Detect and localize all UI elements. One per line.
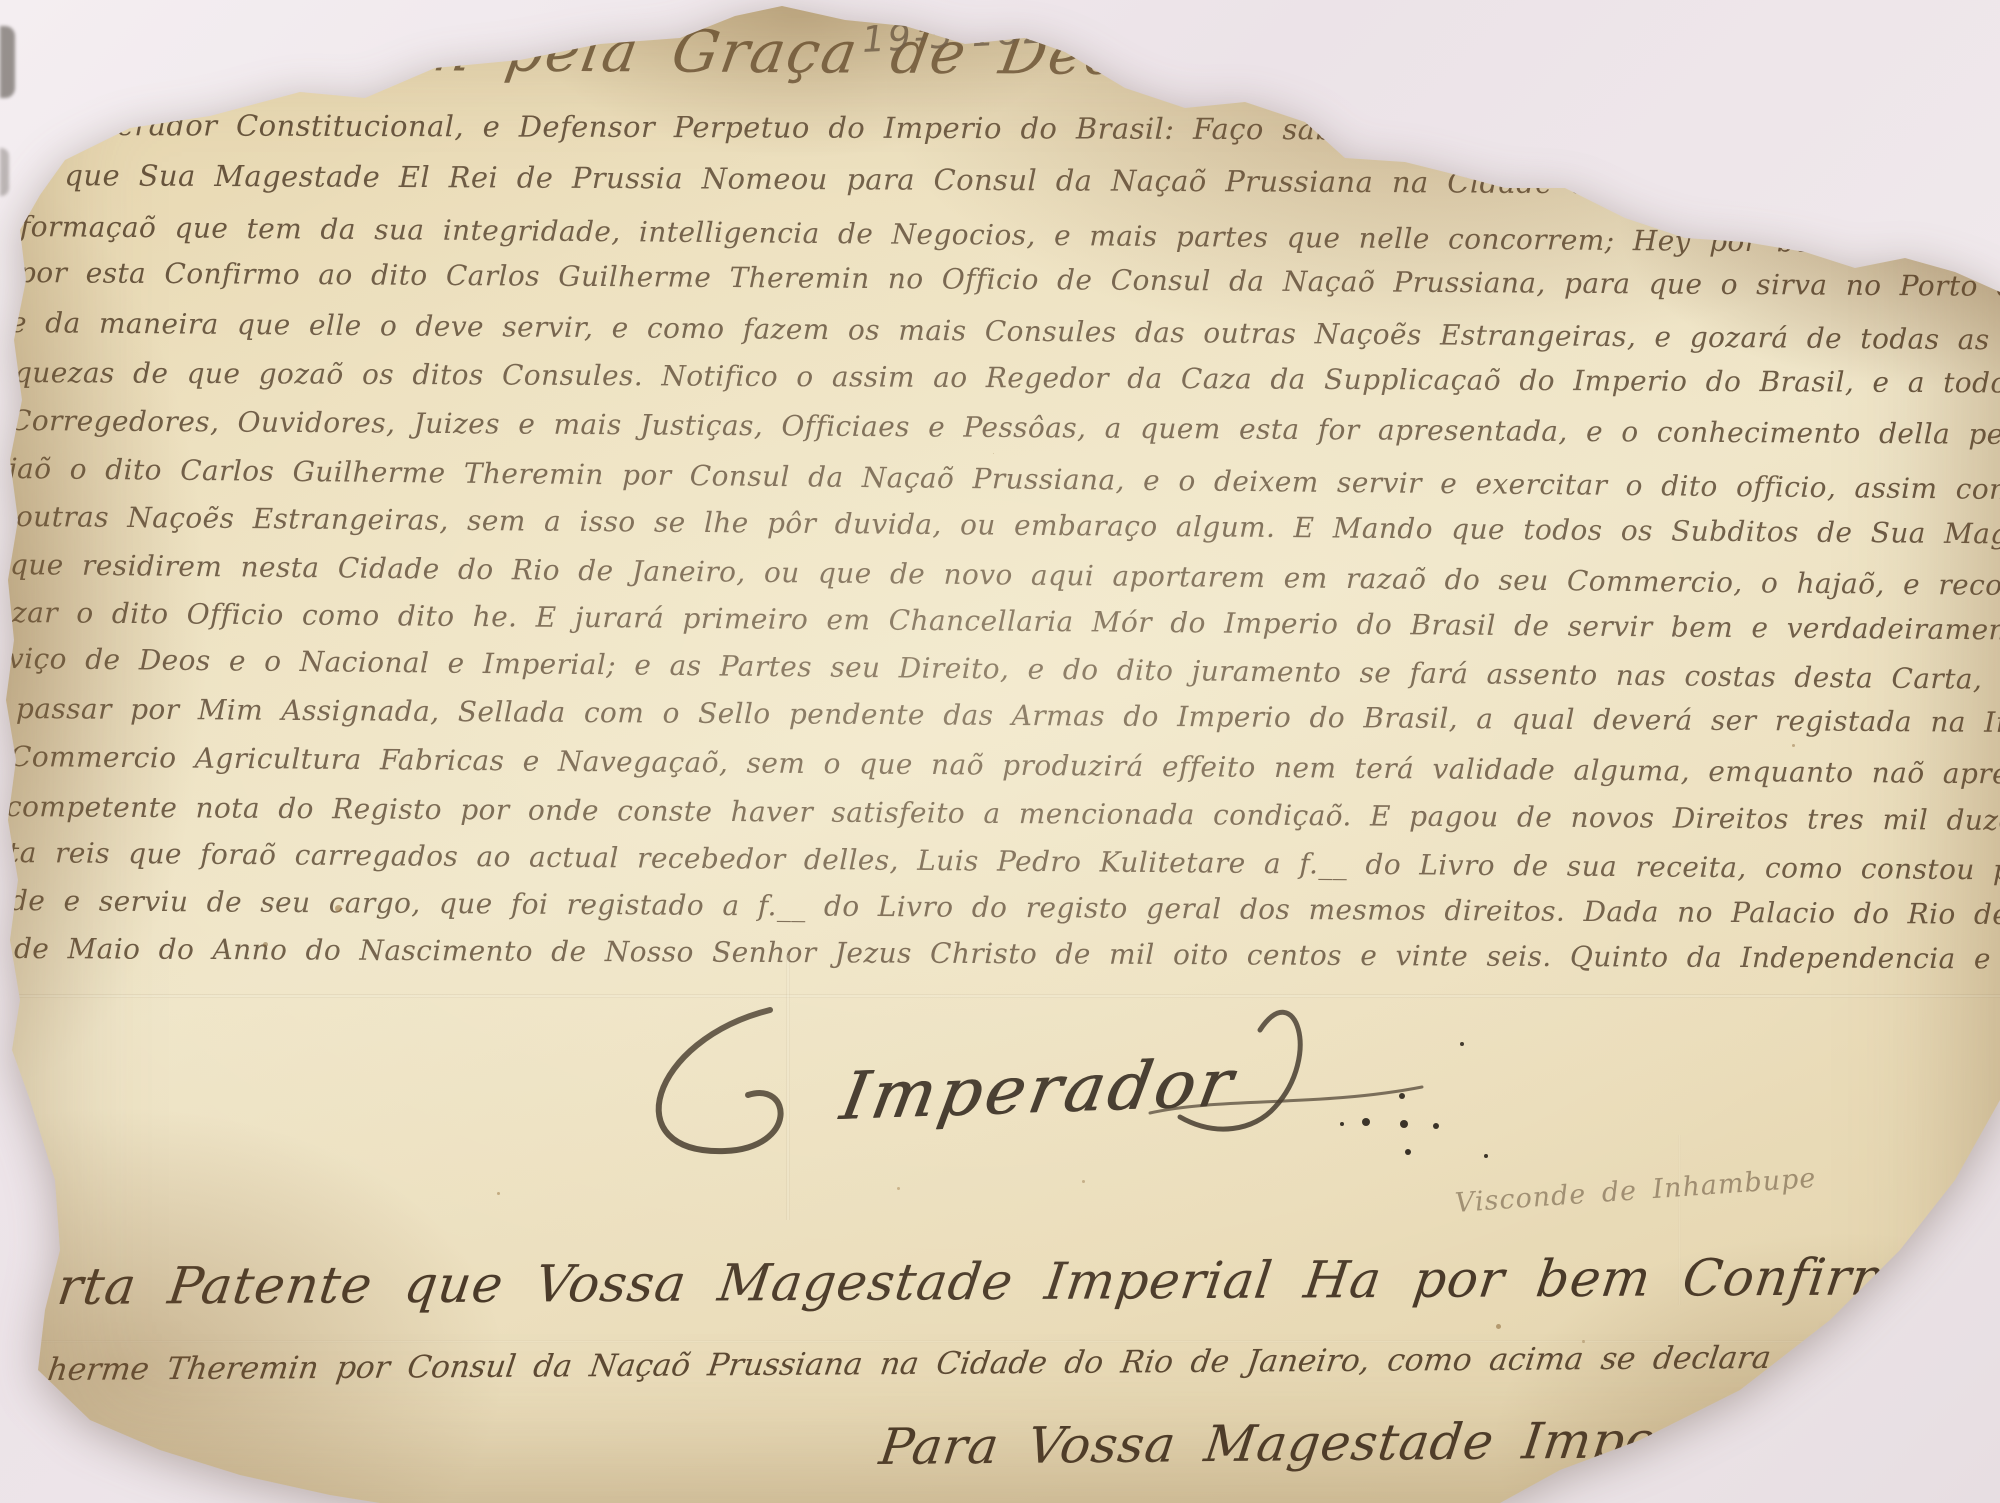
docket-line-1: rta Patente que Vossa Magestade Imperial… xyxy=(54,1247,2000,1317)
body-line: formaçaõ que tem da sua integridade, int… xyxy=(20,210,2000,264)
body-line: passar por Mim Assignada, Sellada com o … xyxy=(16,692,2000,741)
body-line: e da maneira que elle o deve servir, e c… xyxy=(10,306,2000,361)
pencil-attribution: Visconde de Inhambupe xyxy=(1454,1163,1817,1219)
body-line: competente nota do Registo por onde cons… xyxy=(6,790,2000,839)
photo-backdrop: am pela Graça de Deos e Unanime. Acclama… xyxy=(0,0,2000,1503)
document-header-line: am pela Graça de Deos e Unanime. Acclama… xyxy=(374,16,1967,92)
body-line: mperador Constitucional, e Defensor Perp… xyxy=(70,108,2000,151)
parchment-document: am pela Graça de Deos e Unanime. Acclama… xyxy=(0,0,2000,1503)
docket-line-3: Para Vossa Magestade Imperial vêr xyxy=(876,1409,1863,1476)
body-line: Commercio Agricultura Fabricas e Navegaç… xyxy=(10,740,2000,792)
body-line: quezas de que gozaõ os ditos Consules. N… xyxy=(14,356,2000,402)
body-line: de Maio do Anno do Nascimento de Nosso S… xyxy=(14,932,2000,976)
body-line: Corregedores, Ouvidores, Juizes e mais J… xyxy=(10,404,2000,454)
imperador-signature: Imperador xyxy=(835,1044,1242,1135)
body-line: de e serviu de seu cargo, que foi regist… xyxy=(10,884,2000,934)
parchment-wrapper: am pela Graça de Deos e Unanime. Acclama… xyxy=(0,0,2000,1503)
body-line: zar o dito Officio como dito he. E jurar… xyxy=(12,596,2000,650)
body-line: ta reis que foraõ carregados ao actual r… xyxy=(8,836,2000,891)
ink-dots xyxy=(1362,1118,1370,1126)
body-line: viço de Deos e o Nacional e Imperial; e … xyxy=(8,642,2000,700)
foxing-spots xyxy=(335,905,342,912)
docket-line-2: herme Theremin por Consul da Naçaõ Pruss… xyxy=(46,1340,1783,1388)
body-line: por esta Confirmo ao dito Carlos Guilher… xyxy=(18,256,2000,307)
body-line: outras Naçoẽs Estrangeiras, sem a isso s… xyxy=(16,500,2000,554)
body-line: o que Sua Magestade El Rei de Prussia No… xyxy=(28,158,2000,205)
